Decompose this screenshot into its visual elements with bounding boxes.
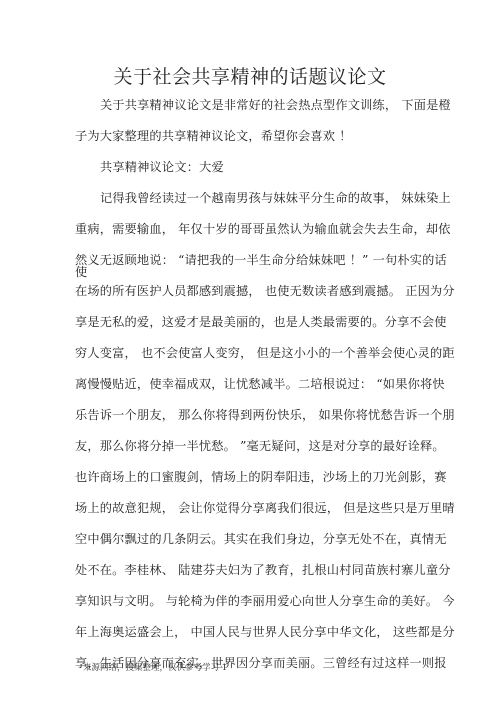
text-line: 记得我曾经读过一个越南男孩与妹妹平分生命的故事， 妹妹染上 [100, 191, 451, 205]
page-footer: 来源网络，搜集整理，仅供参考学习 1 [83, 661, 227, 673]
text-line: 使 [75, 265, 87, 279]
text-line: 共享精神议论文：大爱 [100, 160, 224, 174]
text-line: 重病，需要输血， 年仅十岁的哥哥虽然认为输血就会失去生命，却依 [75, 222, 451, 236]
text-line: 也许商场上的口蜜腹剑，情场上的阴奉阳违，沙场上的刀光剑影，赛 [75, 470, 447, 484]
text-line: 享知识与文明。 与轮椅为伴的李丽用爱心向世人分享生命的美好。 今 [75, 594, 455, 608]
text-line: 穷人变富， 也不会使富人变穷， 但是这小小的一个善举会使心灵的距 [75, 346, 455, 360]
text-line: 在场的所有医护人员都感到震撼， 也使无数读者感到震撼。 正因为分 [75, 284, 455, 298]
text-line: 年上海奥运盛会上， 中国人民与世界人民分享中华文化， 这些都是分 [75, 625, 455, 639]
text-line: 享是无私的爱，这爱才是最美丽的，也是人类最需要的。分享不会使 [75, 315, 447, 329]
text-line: 关于共享精神议论文是非常好的社会热点型作文训练， 下面是橙 [100, 98, 451, 112]
text-line: 离慢慢贴近，使幸福成双，让忧愁减半。二培根说过： “如果你将快 [75, 377, 445, 391]
text-line: 子为大家整理的共享精神议论文，希望你会喜欢 ！ [75, 129, 352, 143]
document-title: 关于社会共享精神的话题议论文 [0, 62, 500, 89]
text-line: 乐告诉一个朋友， 那么你将得到两份快乐， 如果你将忧愁告诉一个朋 [75, 408, 455, 422]
text-line: 场上的故意犯规， 会让你觉得分享离我们很远， 但是这些只是万里晴 [75, 501, 455, 515]
text-line: 处不在。李桂林、 陆建芬夫妇为了教育，扎根山村同苗族村寨儿童分 [75, 563, 451, 577]
text-line: 然义无返顾地说： “请把我的一半生命分给妹妹吧 ！” 一句朴实的话 [75, 253, 447, 267]
text-line: 友，那么你将分掉一半忧愁。 ”毫无疑问，这是对分享的最好诠释。 [75, 439, 445, 453]
text-line: 空中偶尔飘过的几条阴云。其实在我们身边，分享无处不在，真情无 [75, 532, 447, 546]
